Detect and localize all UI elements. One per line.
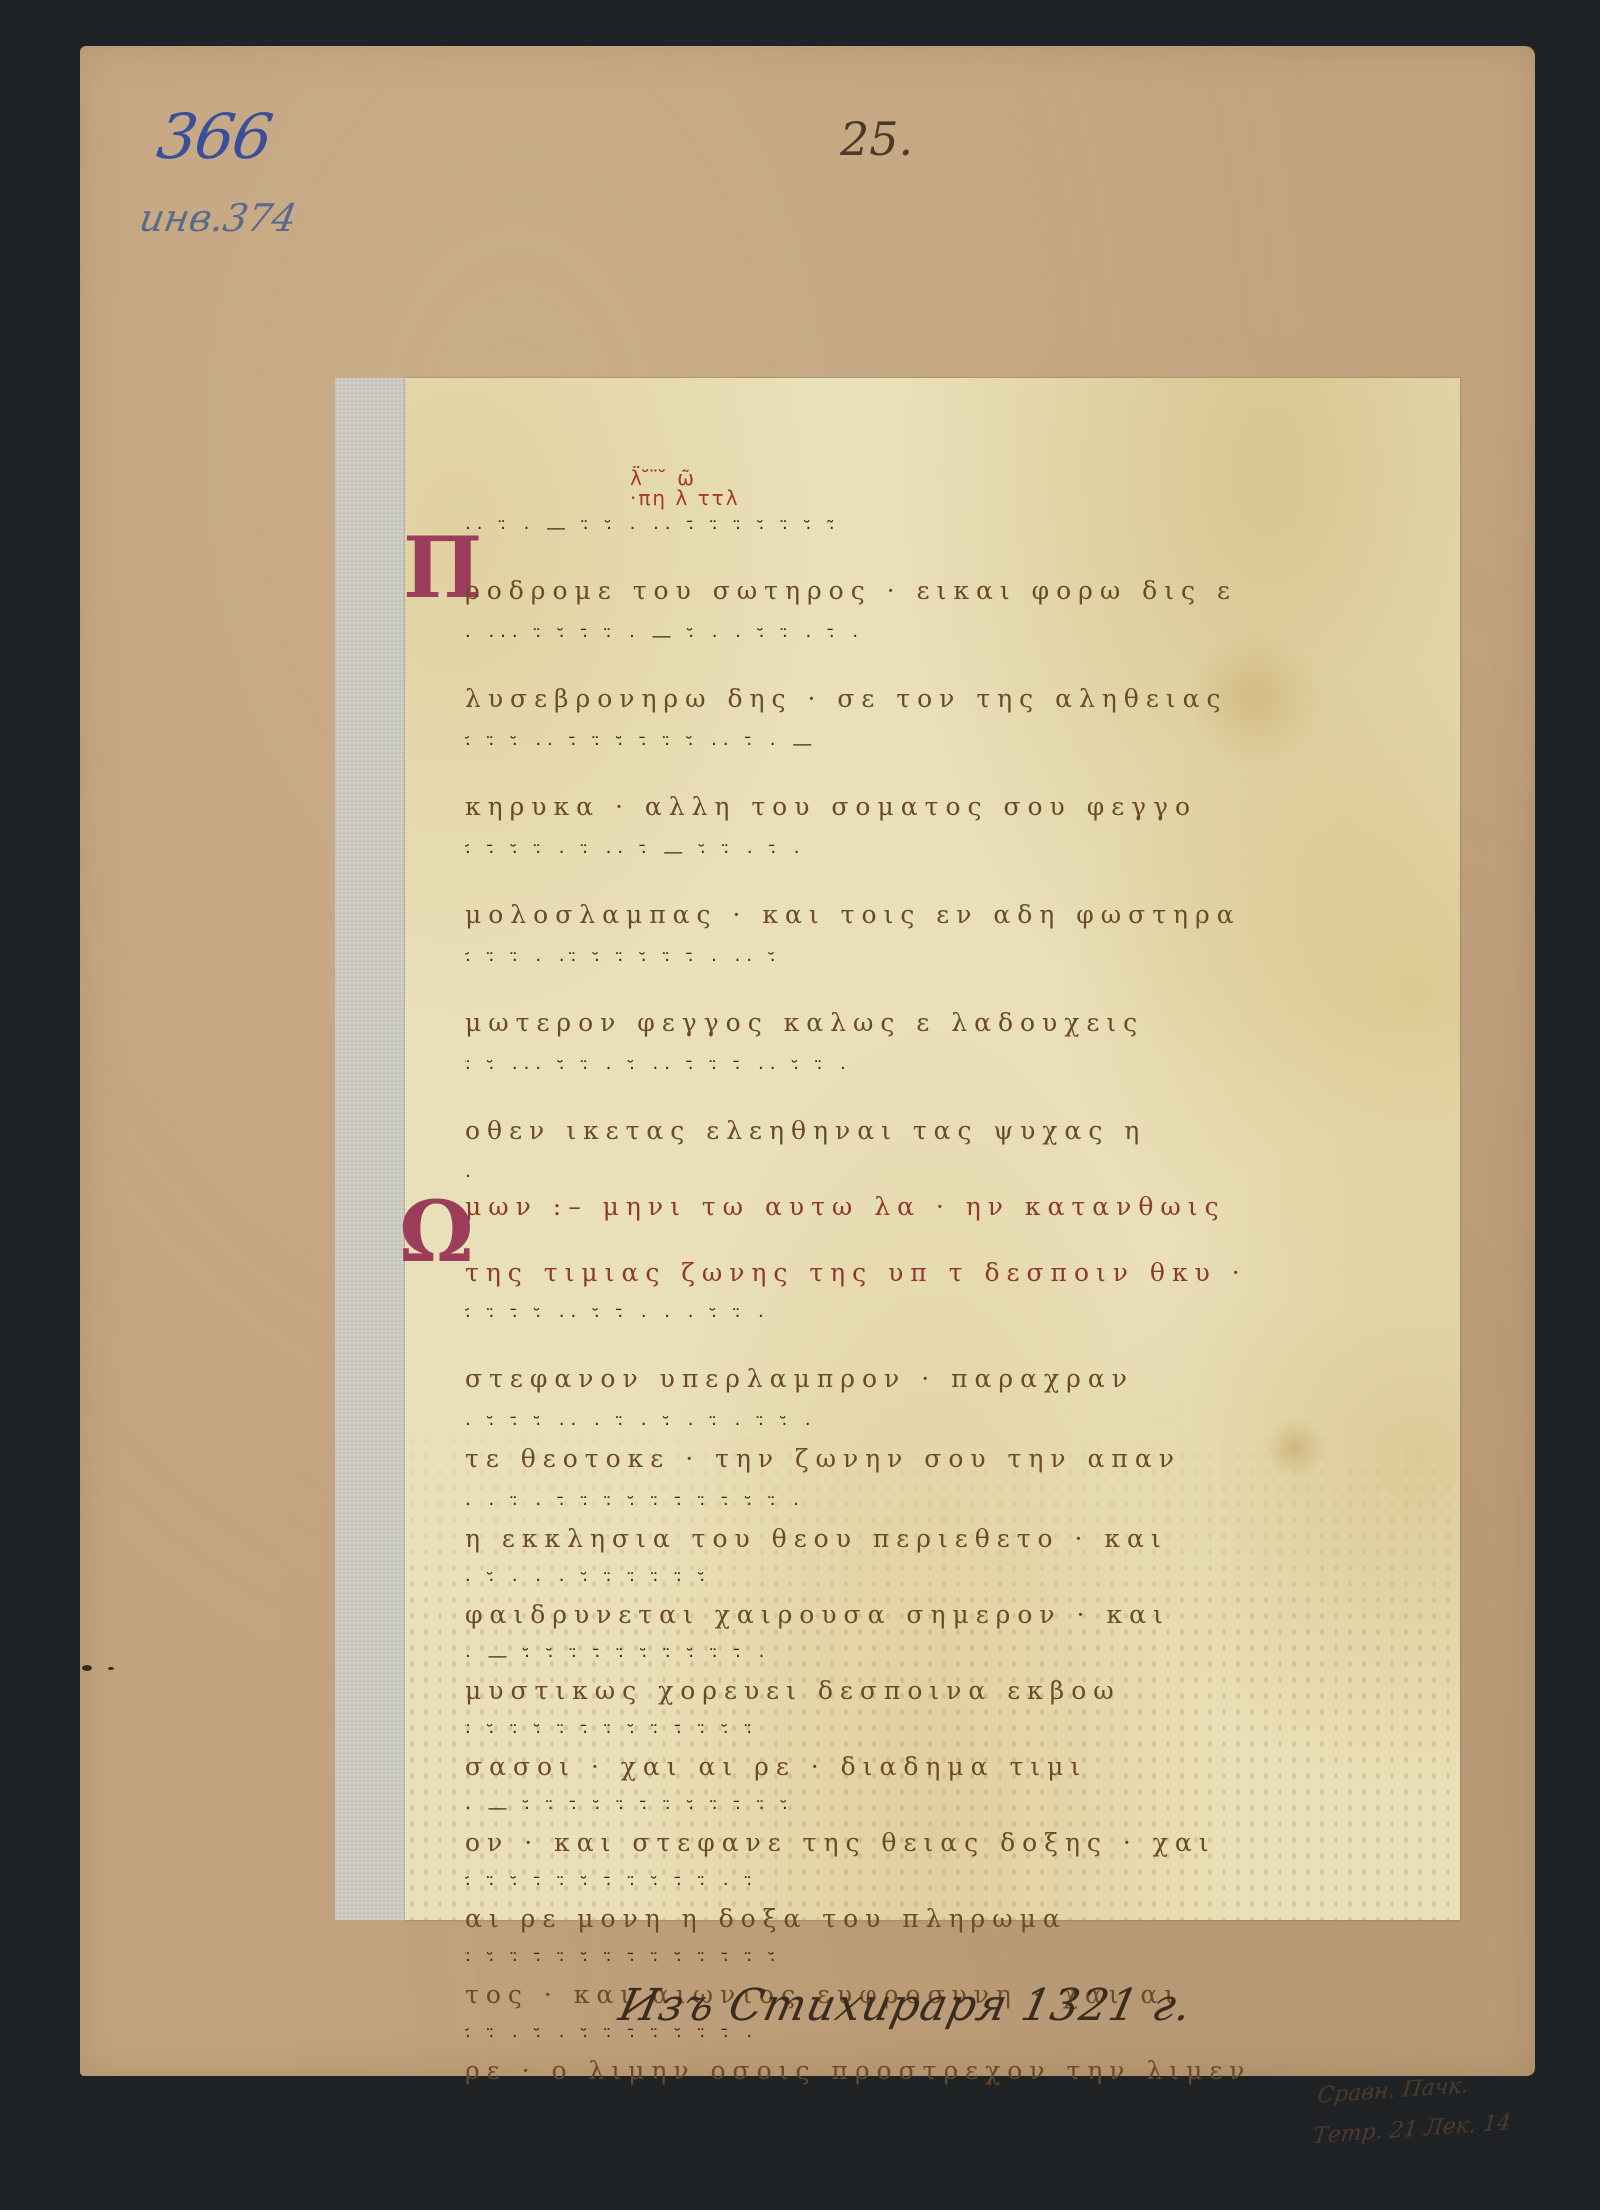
chant-line: · ·̆ · · · ·̆ ·̈ ·̈ ·̈ ·̈ ·̆φαιδρυνεται … [465,1570,1405,1646]
chant-line: ·̆ ·̈ ·̆ ·· ·̄ ·̈ ·̆ ·̄ ·̈ ·̆ ·· ·̄ · ―κ… [465,734,1405,842]
chant-text-block: Π Ω ·· ·̈ · ― ·̈ ·̆ · ·· ·̄ ·̈ ·̈ ·̆ ·̈ … [465,518,1405,2102]
page-number: 25. [840,112,913,166]
chant-line: · · ·̈ · ·̄ ·̈ ·̈ ·̆ ·̈ ·̄ ·̈ ·̄ ·̆ ·̈ ·… [465,1494,1405,1570]
chant-line: ·̆ ·̄ ·̆ ·̈ · ·̈ ·· ·̄ ― ·̆ ·̈ · ·̄ ·μολ… [465,842,1405,950]
chant-line: ·· ·̈ · ― ·̈ ·̆ · ·· ·̄ ·̈ ·̈ ·̆ ·̈ ·̆ ·… [465,518,1405,626]
chant-line: · ·̆ ·̄ ·̆ ·· · ·̈ · ·̆ · ·̈ · ·̈ ·̆ ·τε… [465,1414,1405,1494]
rubric-line: της τιμιας ζωνης της υπ τ δεσποιν θκυ · [465,1242,1405,1306]
chant-line: ·̆ ·̈ ·̆ ·̄ ·̈ ·̆ ·̄ ·̈ ·̆ ·̄ ·̈ · ·̈αι … [465,1874,1405,1950]
rubric-line: ·μων :– μηνι τω αυτω λα · ην κατανθωις [465,1166,1405,1242]
gauze-hinge-strip [335,378,408,1920]
chant-line: ·̆ ·̈ ·̄ ·̆ ·· ·̆ ·̄ · · · ·̆ ·̈ ·στεφαν… [465,1306,1405,1414]
chant-line: ·̆ ·̈ · ·̆ · ·̆ ·̈ ·̄ ·̈ ·̆ ·̈ ·̄ ·ρε · … [465,2026,1405,2102]
shelf-mark: инв.374 [136,196,300,240]
illuminated-initial-omega: Ω [399,1182,474,1281]
ink-speck [82,1665,92,1671]
chant-line: ·̈ ·̆ ··· ·̆ ·̈ · ·̆ ·· ·̄ ·̈ ·̄ ·· ·̆ ·… [465,1058,1405,1166]
ink-speck [108,1667,114,1670]
chant-line: · ― ·̆ ·̆ ·̈ ·̄ ·̈ ·̆ ·̈ ·̆ ·̈ ·̄ ·μυστι… [465,1646,1405,1722]
chant-line: ·̈ ·̆ ·̈ ·̆ ·̈ ·̄ ·̈ ·̆ ·̈ ·̄ ·̈ ·̆ ·̈σα… [465,1722,1405,1798]
chant-line: · ··· ·̈ ·̆ ·̄ ·̈ · ― ·̆ · · ·̆ ·̈ · ·̄ … [465,626,1405,734]
archive-number: 366 [153,100,276,173]
chant-line: · ― ·̆ ·̈ ·̄ ·̆ ·̈ ·̄ ·̈ ·̆ ·̈ ·̄ ·̈ ·̆ο… [465,1798,1405,1874]
caption: Изъ Стихираря 1321 г. [615,1980,1197,2031]
chant-line: ·̆ ·̈ ·̈ · ··̈ ·̆ ·̈ ·̆ ·̈ ·̄ · ·· ·̆μωτ… [465,950,1405,1058]
heading-neumes: λ̈ ̆ ̈ ̆ ῶ ·πη λ ττλ [630,468,740,508]
signature-note: Сравн. Пачк. Тетр. 21 Лек. 14 [1311,2063,1517,2158]
manuscript-leaf: λ̈ ̆ ̈ ̆ ῶ ·πη λ ττλ Π Ω ·· ·̈ · ― ·̈ ·̆… [405,378,1460,1920]
